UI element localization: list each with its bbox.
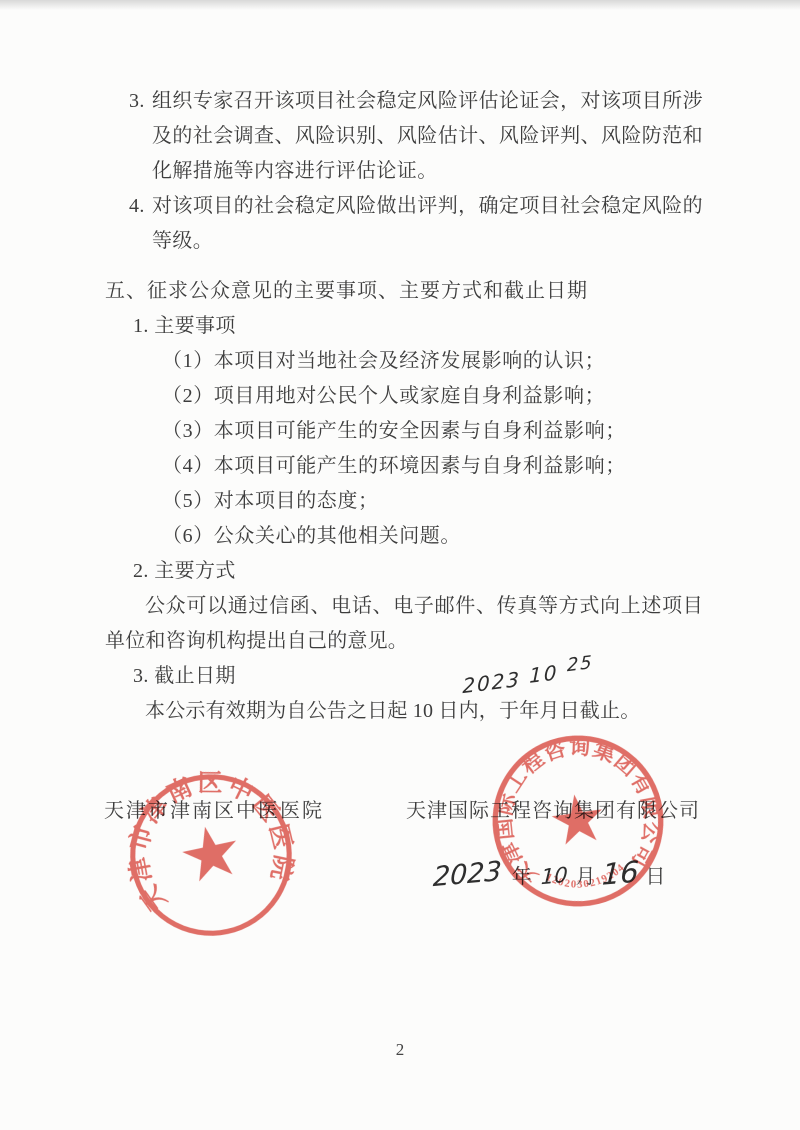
handwritten-day: 25 xyxy=(567,652,594,676)
official-seal-left: 天津市津南区中医医院 xyxy=(110,754,312,956)
seal-code-text: 1202030219204 xyxy=(542,860,629,896)
list-item-text: 对该项目的社会稳定风险做出评判，确定项目社会稳定风险的等级。 xyxy=(152,189,703,259)
list-item: 3. 组织专家召开该项目社会稳定风险评估论证会，对该项目所涉及的社会调查、风险识… xyxy=(129,84,703,189)
sub-list-item: （2）项目用地对公民个人或家庭自身利益影响； xyxy=(162,379,703,414)
list-item-text: 组织专家召开该项目社会稳定风险评估论证会，对该项目所涉及的社会调查、风险识别、风… xyxy=(152,84,703,189)
handwritten-month: 10 xyxy=(529,660,559,688)
document-page: 3. 组织专家召开该项目社会稳定风险评估论证会，对该项目所涉及的社会调查、风险识… xyxy=(0,0,800,1130)
list-item-marker: 4. xyxy=(129,189,152,259)
document-body: 3. 组织专家召开该项目社会稳定风险评估论证会，对该项目所涉及的社会调查、风险识… xyxy=(105,84,703,729)
star-icon xyxy=(178,821,243,884)
sub-list-item: （3）本项目可能产生的安全因素与自身利益影响； xyxy=(162,414,703,449)
subsection-title-2: 2. 主要方式 xyxy=(133,554,703,589)
list-item-marker: 3. xyxy=(129,84,152,189)
official-seal-right: 天津国际工程咨询集团有限公司 1202030219204 xyxy=(477,720,678,921)
section-heading: 五、征求公众意见的主要事项、主要方式和截止日期 xyxy=(105,274,703,309)
star-icon xyxy=(549,791,606,846)
page-number: 2 xyxy=(0,1040,800,1060)
handwritten-year: 2023 xyxy=(432,856,502,893)
svg-text:1202030219204: 1202030219204 xyxy=(542,860,629,896)
list-item: 4. 对该项目的社会稳定风险做出评判，确定项目社会稳定风险的等级。 xyxy=(129,189,703,259)
sub-list-item: （1）本项目对当地社会及经济发展影响的认识； xyxy=(162,344,703,379)
sub-list-item: （6）公众关心的其他相关问题。 xyxy=(162,519,703,554)
subsection-title-3: 3. 截止日期 xyxy=(133,659,703,694)
subsection-title-1: 1. 主要事项 xyxy=(133,309,703,344)
sub-list-item: （4）本项目可能产生的环境因素与自身利益影响； xyxy=(162,449,703,484)
sub-list-item: （5）对本项目的态度； xyxy=(162,484,703,519)
paragraph-methods: 公众可以通过信函、电话、电子邮件、传真等方式向上述项目单位和咨询机构提出自己的意… xyxy=(105,589,703,659)
paragraph-deadline: 本公示有效期为自公告之日起 10 日内，于年月日截止。 xyxy=(105,694,703,729)
